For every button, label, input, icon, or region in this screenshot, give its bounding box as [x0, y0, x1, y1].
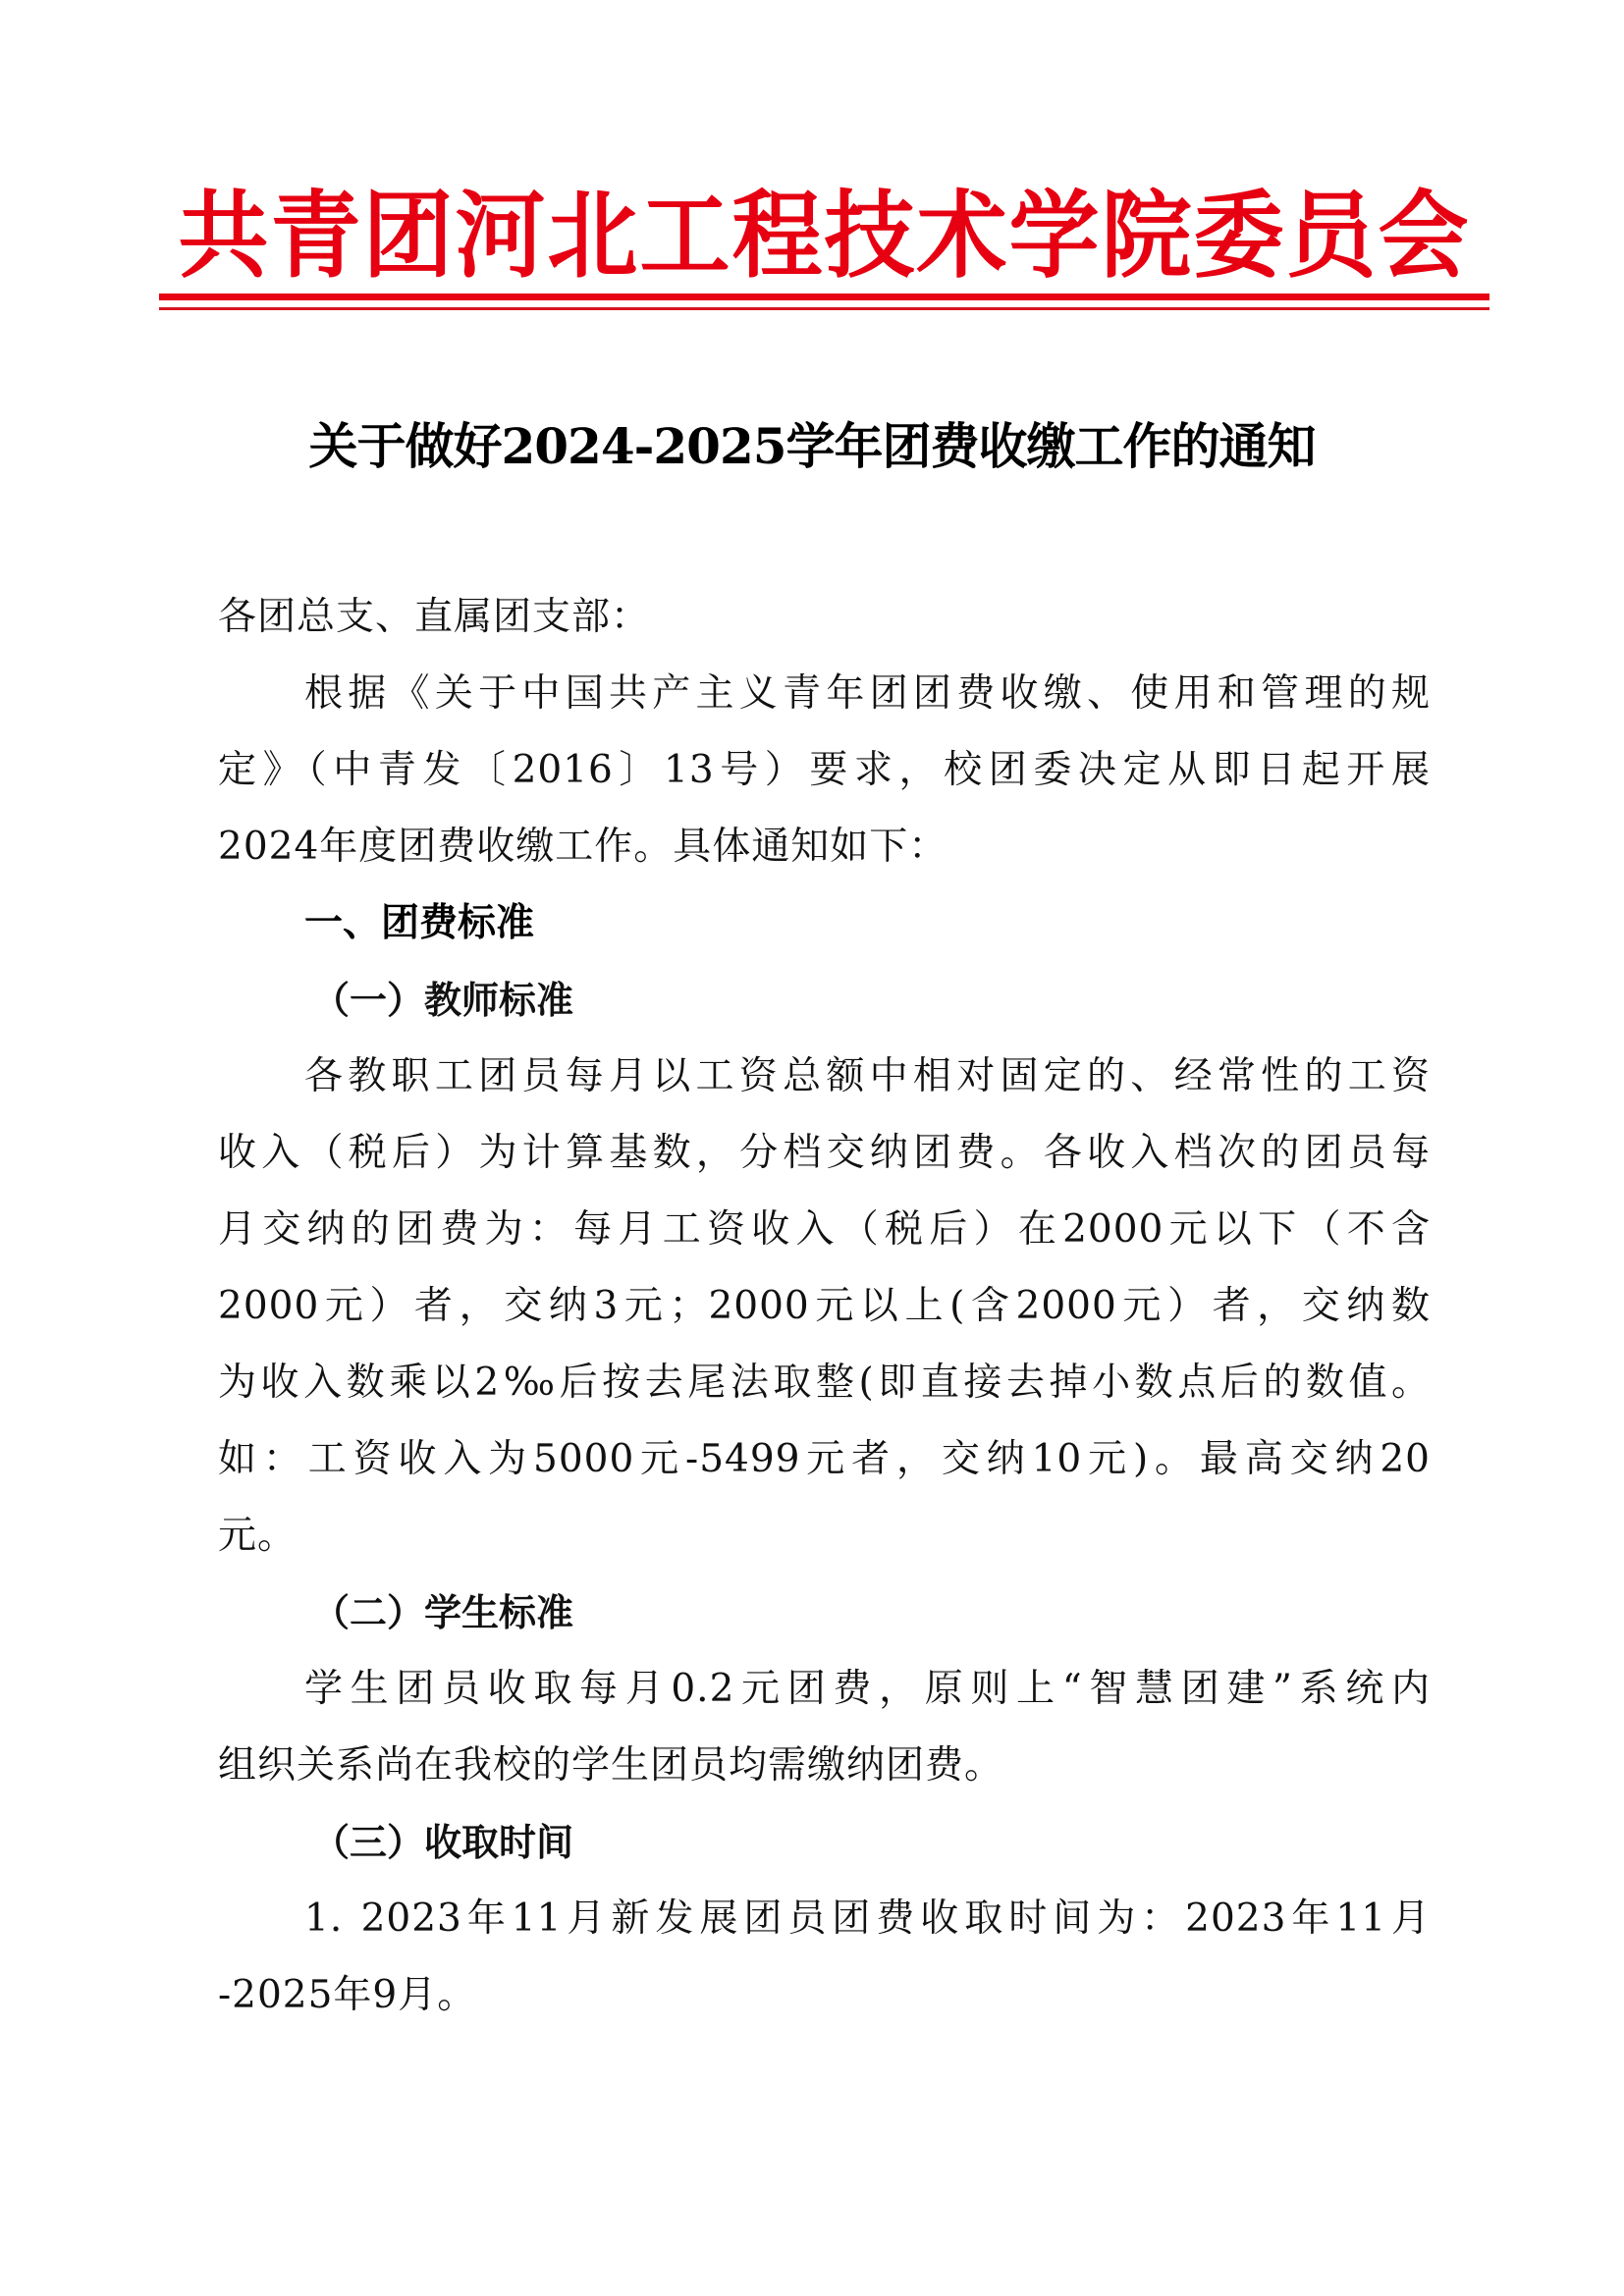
collection-time-line-1: 1. 2023年11月新发展团员团费收取时间为：2023年11月: [218, 1881, 1431, 1957]
intro-line-2: 定》（中青发〔2016〕13号）要求，校团委决定从即日起开展: [218, 732, 1431, 809]
letterhead: 共青团河北工程技术学院委员会: [159, 183, 1489, 291]
letterhead-thick-red-rule: [159, 294, 1489, 300]
teacher-standard-line-6: 如：工资收入为5000元-5499元者，交纳10元)。最高交纳20: [218, 1421, 1431, 1498]
subsection-heading-collection-time: （三）收取时间: [218, 1804, 1431, 1881]
subsection-heading-student-standard: （二）学生标准: [218, 1575, 1431, 1651]
teacher-standard-line-3: 月交纳的团费为：每月工资收入（税后）在2000元以下（不含: [218, 1192, 1431, 1268]
letterhead-organization-name: 共青团河北工程技术学院委员会: [178, 180, 1470, 294]
document-body: 各团总支、直属团支部： 根据《关于中国共产主义青年团团费收缴、使用和管理的规 定…: [218, 579, 1431, 2034]
document-title: 关于做好2024-2025学年团费收缴工作的通知: [196, 412, 1428, 481]
teacher-standard-line-1: 各教职工团员每月以工资总额中相对固定的、经常性的工资: [218, 1039, 1431, 1115]
document-page: 共青团河北工程技术学院委员会 关于做好2024-2025学年团费收缴工作的通知 …: [0, 0, 1624, 2296]
student-standard-line-2: 组织关系尚在我校的学生团员均需缴纳团费。: [218, 1728, 1431, 1804]
student-standard-line-1: 学生团员收取每月0.2元团费，原则上“智慧团建”系统内: [218, 1651, 1431, 1728]
teacher-standard-line-2: 收入（税后）为计算基数，分档交纳团费。各收入档次的团员每: [218, 1115, 1431, 1192]
subsection-heading-teacher-standard: （一）教师标准: [218, 962, 1431, 1039]
teacher-standard-line-4: 2000元）者，交纳3元；2000元以上(含2000元）者，交纳数: [218, 1268, 1431, 1345]
intro-line-1: 根据《关于中国共产主义青年团团费收缴、使用和管理的规: [218, 656, 1431, 732]
teacher-standard-line-5: 为收入数乘以2‰后按去尾法取整(即直接去掉小数点后的数值。: [218, 1345, 1431, 1421]
intro-line-3: 2024年度团费收缴工作。具体通知如下：: [218, 809, 1431, 885]
salutation: 各团总支、直属团支部：: [218, 579, 1431, 656]
letterhead-thin-red-rule: [159, 307, 1489, 310]
section-heading-fee-standard: 一、团费标准: [218, 885, 1431, 962]
teacher-standard-line-7: 元。: [218, 1498, 1431, 1575]
collection-time-line-2: -2025年9月。: [218, 1957, 1431, 2034]
